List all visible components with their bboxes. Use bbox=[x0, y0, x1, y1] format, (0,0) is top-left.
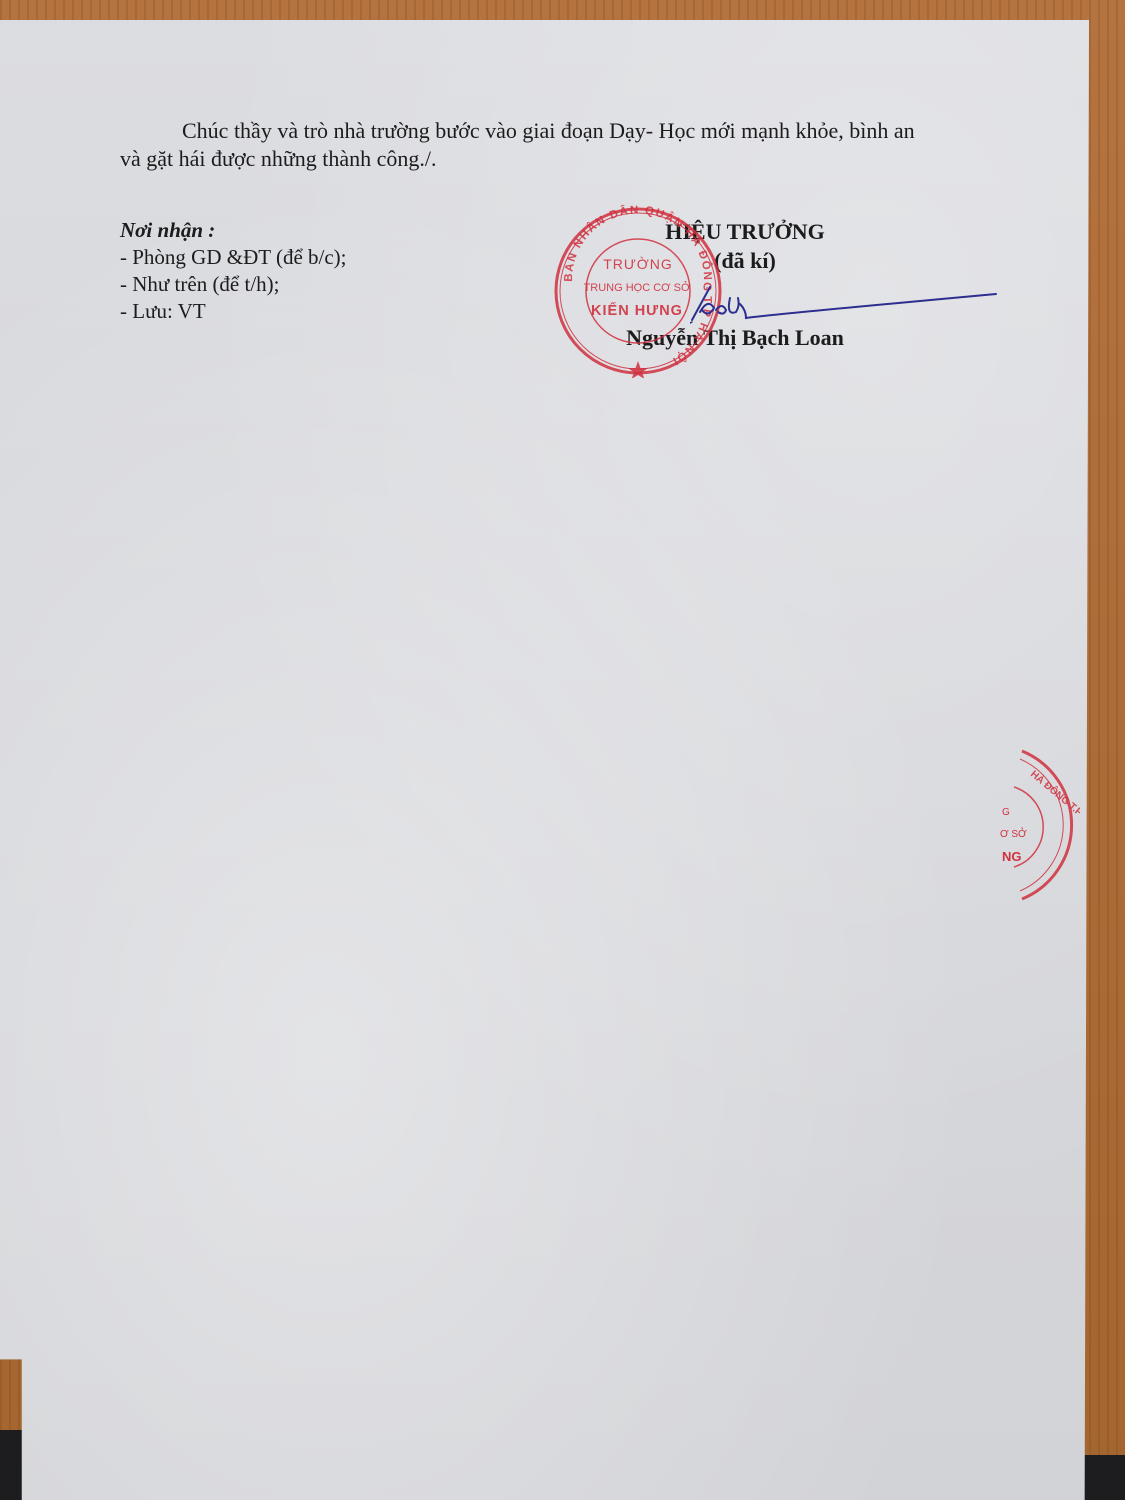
closing-line-1: Chúc thầy và trò nhà trường bước vào gia… bbox=[120, 117, 1010, 145]
star-icon bbox=[628, 361, 648, 378]
recipients-list: Nơi nhận : - Phòng GD &ĐT (để b/c); - Nh… bbox=[120, 217, 347, 325]
recipient-item: - Lưu: VT bbox=[120, 298, 347, 325]
stamp-line-2: TRUNG HỌC CƠ SỞ bbox=[584, 281, 691, 294]
handwritten-signature bbox=[690, 282, 1000, 342]
partial-seal-stamp: HÀ ĐÔNG T.P HÀ NỘI G Ơ SỞ NG bbox=[1000, 745, 1080, 905]
partial-stamp-fragment: G bbox=[1002, 807, 1010, 818]
recipient-item: - Phòng GD &ĐT (để b/c); bbox=[120, 244, 347, 271]
partial-stamp-fragment: NG bbox=[1002, 849, 1022, 864]
recipients-heading: Nơi nhận : bbox=[120, 217, 347, 244]
partial-stamp-fragment: Ơ SỞ bbox=[1000, 827, 1027, 840]
closing-line-2: và gặt hái được những thành công./. bbox=[120, 146, 437, 171]
stamp-line-3: KIẾN HƯNG bbox=[591, 302, 683, 319]
dark-object-edge-right bbox=[1080, 1455, 1125, 1500]
stamp-line-1: TRƯỜNG bbox=[603, 256, 673, 272]
recipient-item: - Như trên (để t/h); bbox=[120, 271, 347, 298]
closing-paragraph: Chúc thầy và trò nhà trường bước vào gia… bbox=[120, 117, 1010, 173]
